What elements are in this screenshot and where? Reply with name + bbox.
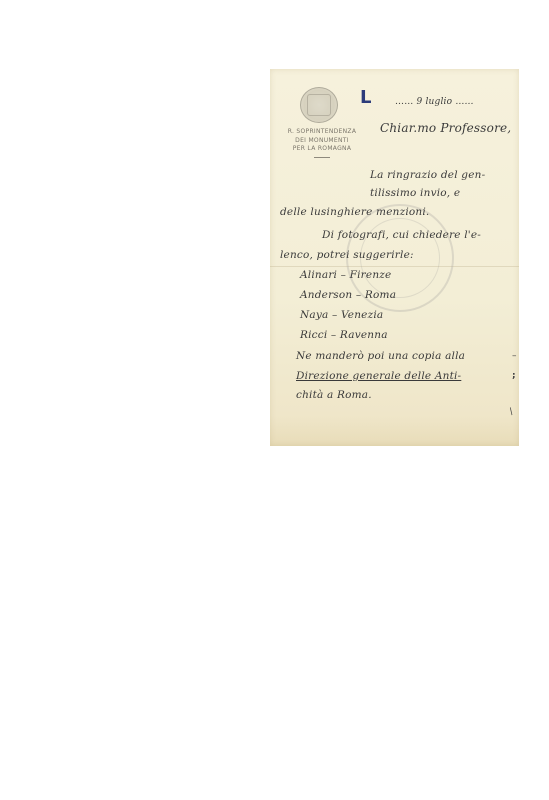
photographer-city: Roma [365,289,396,301]
photographer-name: Anderson [300,289,352,301]
photographer-entry: Alinari – Firenze [300,269,391,281]
letter-page: R. SOPRINTENDENZA DEI MONUMENTI PER LA R… [270,69,519,446]
photographer-name: Alinari [300,269,337,281]
body-line: delle lusinghiere menzioni. [280,206,429,218]
body-line: Di fotografi, cui chiedere l'e- [322,229,481,241]
salutation: Chiar.mo Professore, [380,121,511,135]
body-line: La ringrazio del gen- [370,169,485,181]
photographer-name: Naya [300,309,328,321]
closing-line: Direzione generale delle Anti- [296,370,461,382]
seal-inner [307,94,331,116]
closing-line: Ne manderò poi una copia alla [296,350,465,362]
letterhead-rule [314,157,330,158]
margin-mark: – [512,351,517,361]
body-line: tilissimo invio, e [370,187,460,199]
letterhead-line: PER LA ROMAGNA [280,145,364,154]
margin-mark: / [508,407,516,417]
photographer-name: Ricci [300,329,327,341]
closing-line: chità a Roma. [296,389,372,401]
body-line: lenco, potrei suggerirle: [280,249,414,261]
reference-mark: L [360,87,371,108]
photographer-city: Firenze [350,269,392,281]
letterhead-line: DEI MONUMENTI [280,137,364,146]
photographer-entry: Anderson – Roma [300,289,396,301]
photographer-entry: Ricci – Ravenna [300,329,388,341]
letter-date: …… 9 luglio …… [395,97,474,107]
photographer-city: Venezia [341,309,383,321]
letterhead-line: R. SOPRINTENDENZA [280,128,364,137]
photographer-city: Ravenna [340,329,388,341]
margin-mark: ; [512,371,516,381]
embossed-seal-icon [300,87,338,123]
letterhead: R. SOPRINTENDENZA DEI MONUMENTI PER LA R… [280,128,364,158]
photographer-entry: Naya – Venezia [300,309,383,321]
